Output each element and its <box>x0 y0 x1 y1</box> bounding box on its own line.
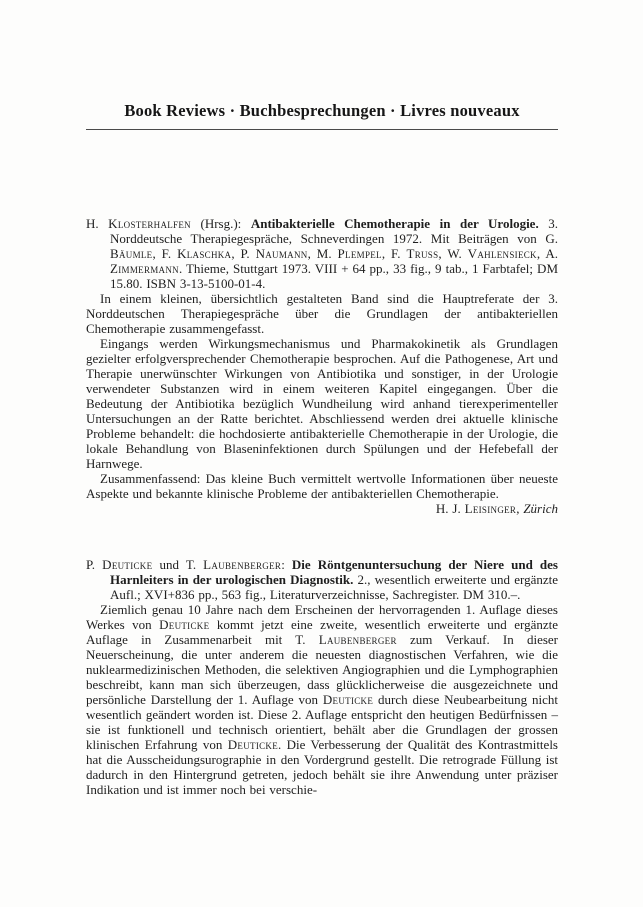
review-1-paragraph-2: Eingangs werden Wirkungsmechanismus und … <box>86 336 558 471</box>
review-2-citation: P. Deuticke und T. Laubenberger: Die Rön… <box>86 557 558 602</box>
review-1-paragraph-3: Zusammenfassend: Das kleine Buch vermitt… <box>86 471 558 501</box>
book-review-1: H. Klosterhalfen (Hrsg.): Antibakteriell… <box>86 216 558 501</box>
review-2-paragraph-1: Ziemlich genau 10 Jahre nach dem Erschei… <box>86 602 558 797</box>
review-1-citation: H. Klosterhalfen (Hrsg.): Antibakteriell… <box>86 216 558 291</box>
scanned-page: Book Reviews · Buchbesprechungen · Livre… <box>0 0 643 907</box>
header-rule <box>86 129 558 130</box>
text-column: Book Reviews · Buchbesprechungen · Livre… <box>86 0 558 797</box>
book-review-2: P. Deuticke und T. Laubenberger: Die Rön… <box>86 557 558 797</box>
review-1-paragraph-3-text: Zusammenfassend: Das kleine Buch vermitt… <box>86 471 558 501</box>
page-header-title: Book Reviews · Buchbesprechungen · Livre… <box>86 100 558 122</box>
review-1-paragraph-1: In einem kleinen, übersichtlich gestalte… <box>86 291 558 336</box>
reviewer-signature: H. J. Leisinger, Zürich <box>402 501 558 516</box>
